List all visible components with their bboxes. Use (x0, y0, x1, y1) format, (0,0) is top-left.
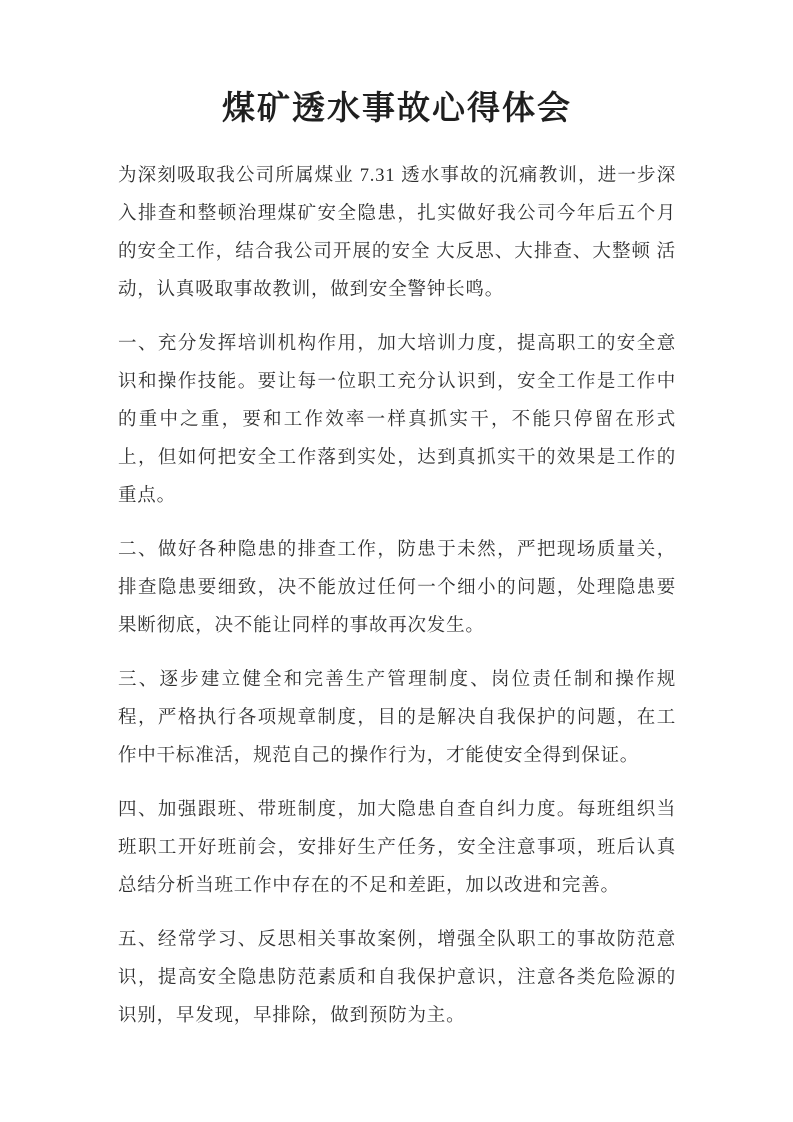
document-title: 煤矿透水事故心得体会 (118, 88, 676, 131)
document-paragraph-item-2: 二、做好各种隐患的排查工作，防患于未然，严把现场质量关，排查隐患要细致，决不能放… (118, 531, 676, 645)
document-paragraph-item-4: 四、加强跟班、带班制度，加大隐患自查自纠力度。每班组织当班职工开好班前会，安排好… (118, 791, 676, 905)
document-paragraph-item-1: 一、充分发挥培训机构作用，加大培训力度，提高职工的安全意识和操作技能。要让每一位… (118, 325, 676, 515)
document-paragraph-intro: 为深刻吸取我公司所属煤业 7.31 透水事故的沉痛教训，进一步深入排查和整顿治理… (118, 157, 676, 309)
document-paragraph-item-3: 三、逐步建立健全和完善生产管理制度、岗位责任制和操作规程，严格执行各项规章制度，… (118, 661, 676, 775)
document-paragraph-item-5: 五、经常学习、反思相关事故案例，增强全队职工的事故防范意识，提高安全隐患防范素质… (118, 921, 676, 1035)
document-page: 煤矿透水事故心得体会 为深刻吸取我公司所属煤业 7.31 透水事故的沉痛教训，进… (0, 0, 793, 1122)
